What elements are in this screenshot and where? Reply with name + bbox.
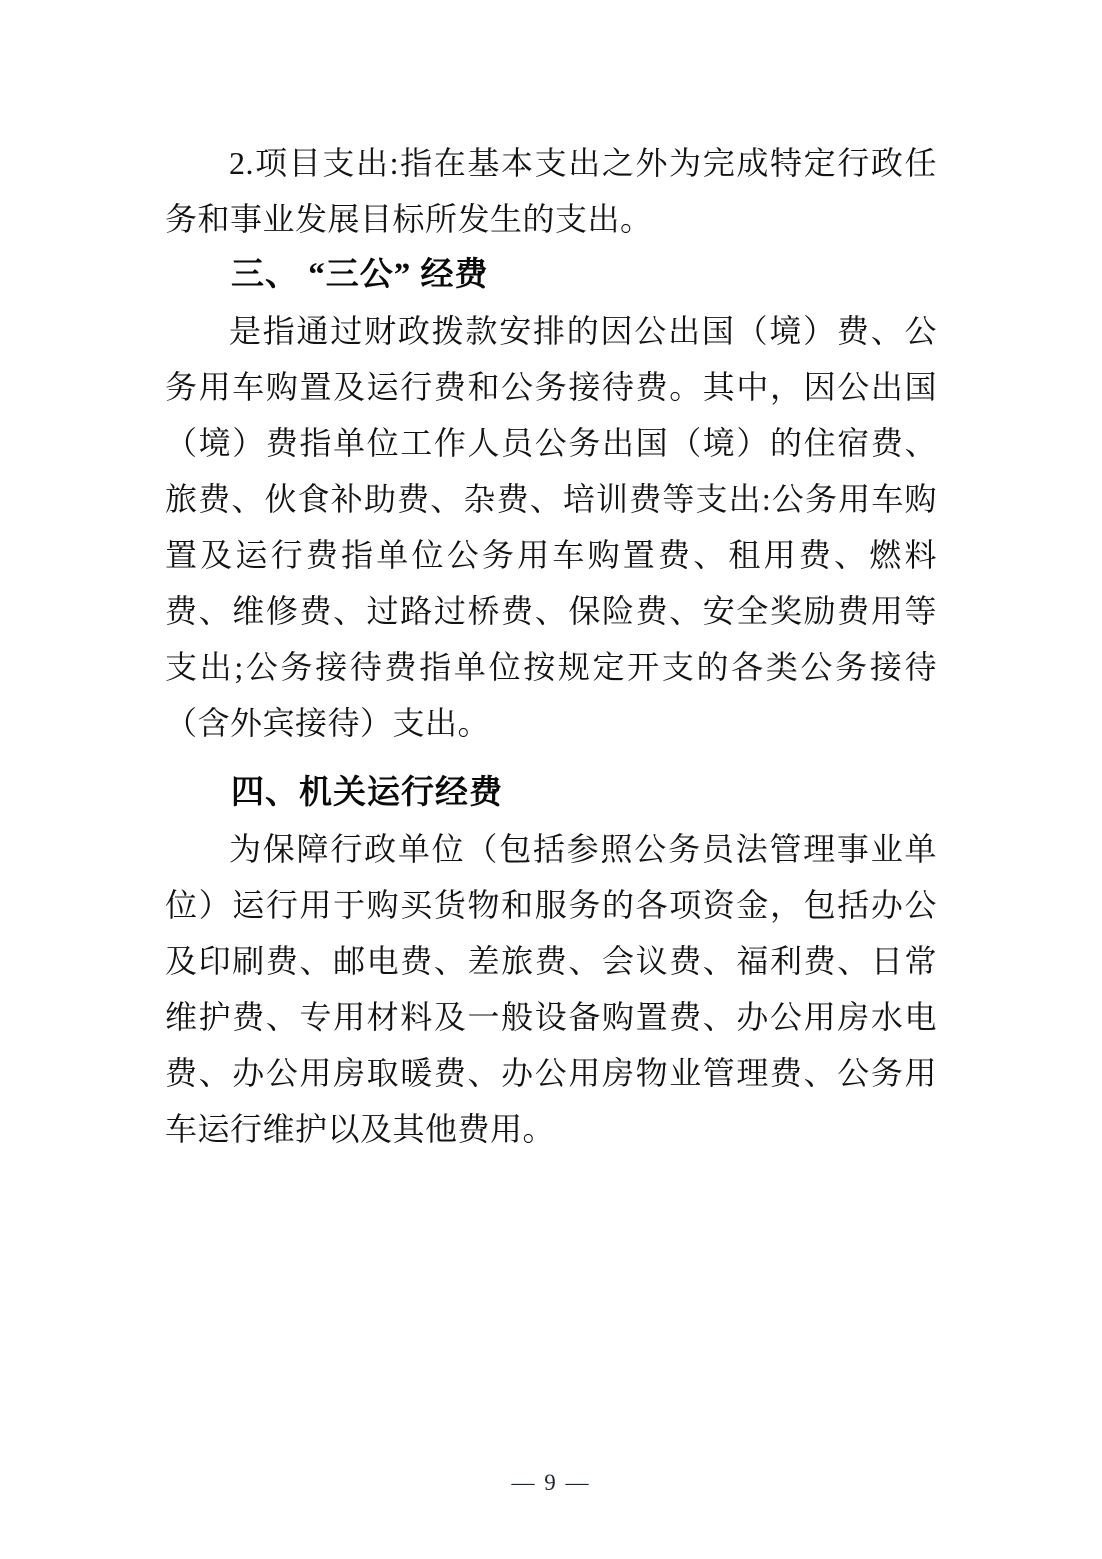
paragraph-three-public-funds-definition: 是指通过财政拨款安排的因公出国（境）费、公务用车购置及运行费和公务接待费。其中，…: [165, 303, 937, 751]
paragraph-operating-expenses-definition: 为保障行政单位（包括参照公务员法管理事业单位）运行用于购买货物和服务的各项资金，…: [165, 821, 937, 1157]
paragraph-project-expenditure: 2.项目支出:指在基本支出之外为完成特定行政任务和事业发展目标所发生的支出。: [165, 135, 937, 247]
document-page: 2.项目支出:指在基本支出之外为完成特定行政任务和事业发展目标所发生的支出。 三…: [0, 0, 1102, 1559]
section-heading-operating-expenses: 四、机关运行经费: [165, 765, 937, 821]
document-body: 2.项目支出:指在基本支出之外为完成特定行政任务和事业发展目标所发生的支出。 三…: [165, 135, 937, 1157]
section-heading-three-public-funds: 三、 “三公” 经费: [165, 247, 937, 303]
page-number: — 9 —: [0, 1470, 1102, 1496]
